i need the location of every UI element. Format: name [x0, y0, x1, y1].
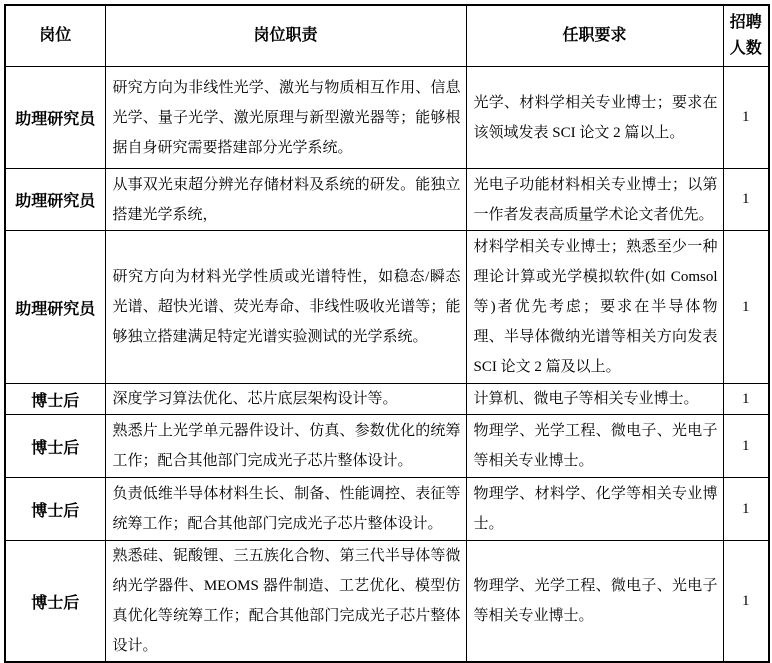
- duties-cell: 负责低维半导体材料生长、制备、性能调控、表征等统筹工作；配合其他部门完成光子芯片…: [105, 478, 466, 541]
- table-row: 博士后 熟悉片上光学单元器件设计、仿真、参数优化的统筹工作；配合其他部门完成光子…: [5, 415, 769, 478]
- table-row: 博士后 深度学习算法优化、芯片底层架构设计等。 计算机、微电子等相关专业博士。 …: [5, 384, 769, 415]
- duties-cell: 研究方向为材料光学性质或光谱特性，如稳态/瞬态光谱、超快光谱、荧光寿命、非线性吸…: [105, 231, 466, 384]
- headcount-cell: 1: [723, 231, 769, 384]
- position-cell: 助理研究员: [5, 231, 105, 384]
- header-duties: 岗位职责: [105, 5, 466, 67]
- recruitment-table: 岗位 岗位职责 任职要求 招聘人数 助理研究员 研究方向为非线性光学、激光与物质…: [4, 4, 770, 663]
- header-requirements: 任职要求: [466, 5, 723, 67]
- requirements-cell: 计算机、微电子等相关专业博士。: [466, 384, 723, 415]
- header-headcount: 招聘人数: [723, 5, 769, 67]
- header-position: 岗位: [5, 5, 105, 67]
- headcount-cell: 1: [723, 415, 769, 478]
- headcount-cell: 1: [723, 169, 769, 231]
- duties-cell: 熟悉片上光学单元器件设计、仿真、参数优化的统筹工作；配合其他部门完成光子芯片整体…: [105, 415, 466, 478]
- headcount-cell: 1: [723, 478, 769, 541]
- duties-cell: 从事双光束超分辨光存储材料及系统的研发。能独立搭建光学系统，: [105, 169, 466, 231]
- table-row: 助理研究员 研究方向为材料光学性质或光谱特性，如稳态/瞬态光谱、超快光谱、荧光寿…: [5, 231, 769, 384]
- table-row: 博士后 熟悉硅、铌酸锂、三五族化合物、第三代半导体等微纳光学器件、MEOMS 器…: [5, 541, 769, 663]
- headcount-cell: 1: [723, 384, 769, 415]
- table-header-row: 岗位 岗位职责 任职要求 招聘人数: [5, 5, 769, 67]
- duties-cell: 熟悉硅、铌酸锂、三五族化合物、第三代半导体等微纳光学器件、MEOMS 器件制造、…: [105, 541, 466, 663]
- position-cell: 博士后: [5, 384, 105, 415]
- table-row: 助理研究员 研究方向为非线性光学、激光与物质相互作用、信息光学、量子光学、激光原…: [5, 67, 769, 169]
- position-cell: 博士后: [5, 478, 105, 541]
- requirements-cell: 物理学、光学工程、微电子、光电子等相关专业博士。: [466, 415, 723, 478]
- position-cell: 博士后: [5, 541, 105, 663]
- headcount-cell: 1: [723, 67, 769, 169]
- position-cell: 助理研究员: [5, 67, 105, 169]
- requirements-cell: 物理学、光学工程、微电子、光电子等相关专业博士。: [466, 541, 723, 663]
- position-cell: 博士后: [5, 415, 105, 478]
- duties-cell: 深度学习算法优化、芯片底层架构设计等。: [105, 384, 466, 415]
- position-cell: 助理研究员: [5, 169, 105, 231]
- requirements-cell: 材料学相关专业博士；熟悉至少一种理论计算或光学模拟软件(如 Comsol 等)者…: [466, 231, 723, 384]
- table-row: 助理研究员 从事双光束超分辨光存储材料及系统的研发。能独立搭建光学系统， 光电子…: [5, 169, 769, 231]
- table-row: 博士后 负责低维半导体材料生长、制备、性能调控、表征等统筹工作；配合其他部门完成…: [5, 478, 769, 541]
- duties-cell: 研究方向为非线性光学、激光与物质相互作用、信息光学、量子光学、激光原理与新型激光…: [105, 67, 466, 169]
- requirements-cell: 光电子功能材料相关专业博士；以第一作者发表高质量学术论文者优先。: [466, 169, 723, 231]
- requirements-cell: 物理学、材料学、化学等相关专业博士。: [466, 478, 723, 541]
- requirements-cell: 光学、材料学相关专业博士；要求在该领域发表 SCI 论文 2 篇以上。: [466, 67, 723, 169]
- headcount-cell: 1: [723, 541, 769, 663]
